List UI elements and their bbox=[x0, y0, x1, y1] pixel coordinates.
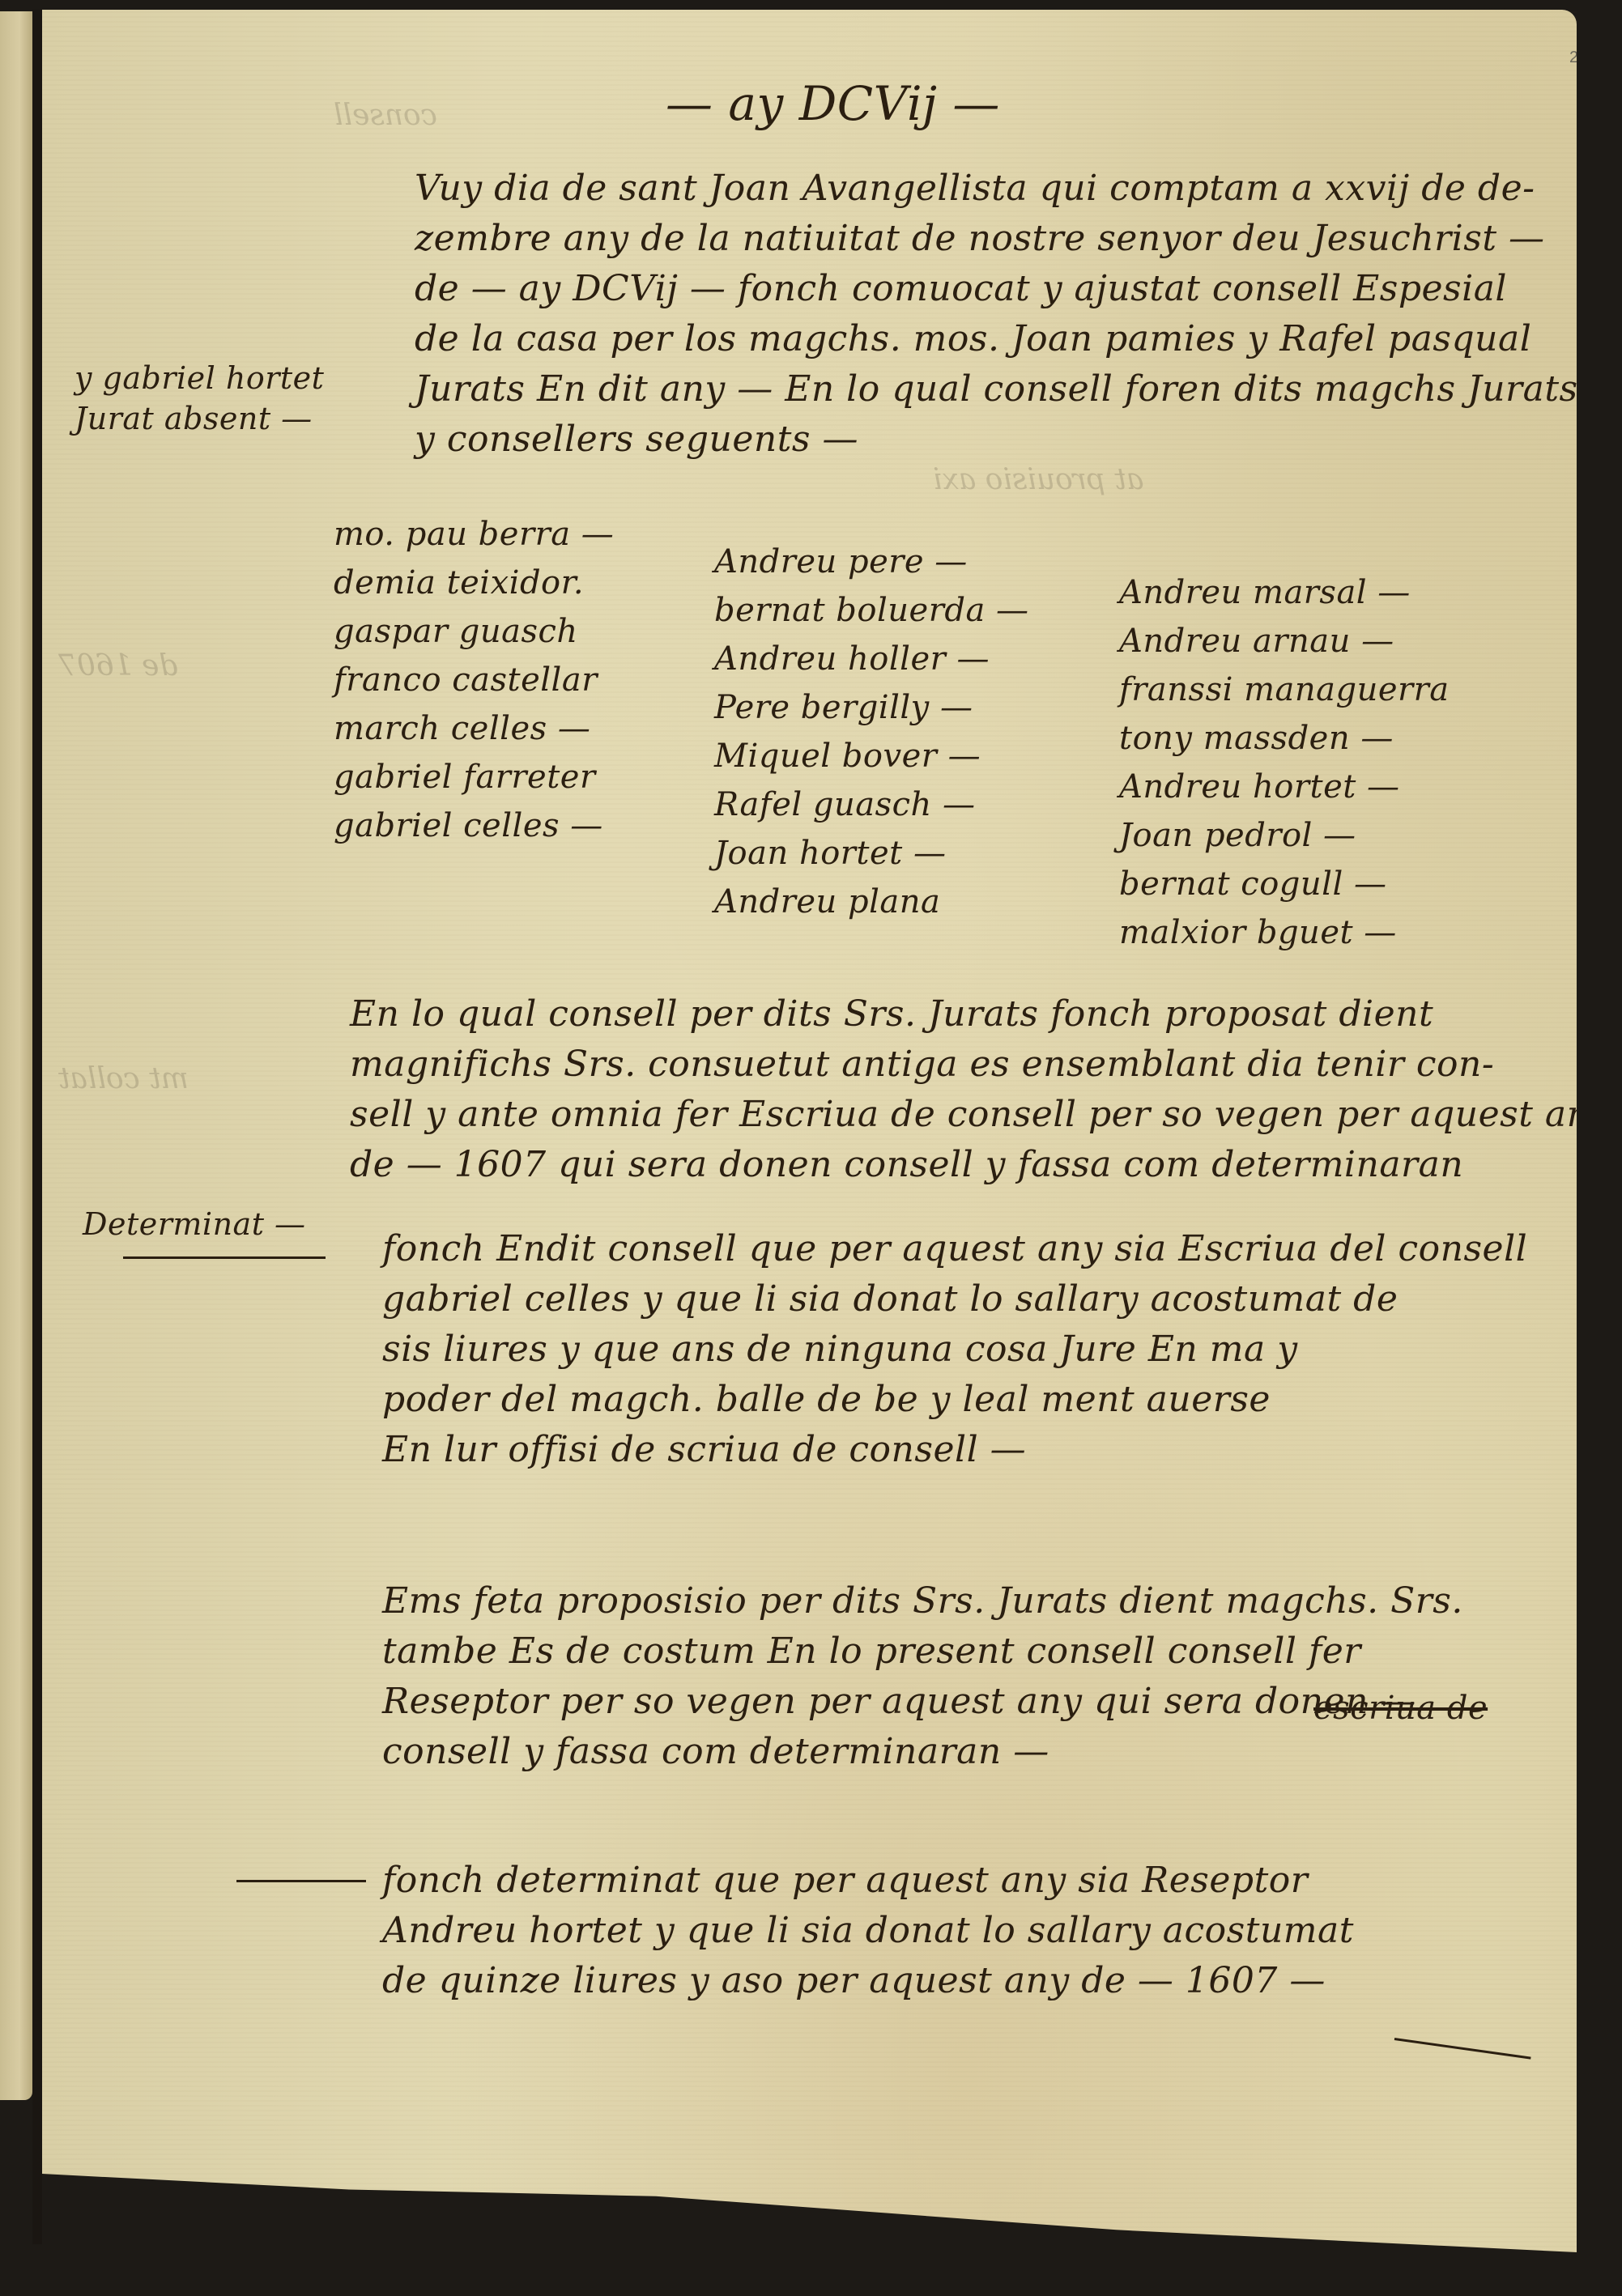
left-page-edge bbox=[0, 11, 32, 2100]
text-line: y gabriel hortet bbox=[75, 358, 324, 398]
bleed-through-text: de 1607 bbox=[58, 649, 177, 682]
year-heading: — ay DCVij — bbox=[666, 76, 1000, 131]
struck-word: escriua de bbox=[1313, 1690, 1488, 1727]
attendee-name: gabriel celles — bbox=[334, 801, 614, 850]
attendee-name: Miquel bover — bbox=[714, 732, 1029, 780]
text-line: Ems feta proposisio per dits Srs. Jurats… bbox=[382, 1576, 1463, 1626]
determination-1: fonch Endit consell que per aquest any s… bbox=[382, 1224, 1527, 1475]
text-line: fonch Endit consell que per aquest any s… bbox=[382, 1224, 1527, 1274]
attendee-name: tony massden — bbox=[1119, 714, 1450, 763]
attendee-name: Andreu marsal — bbox=[1119, 568, 1450, 617]
book-gutter bbox=[32, 10, 42, 2244]
attendee-name: Joan hortet — bbox=[714, 829, 1029, 878]
attendee-name: gaspar guasch bbox=[334, 607, 614, 656]
text-line: magnifichs Srs. consuetut antiga es ense… bbox=[350, 1040, 1611, 1090]
attendee-name: bernat boluerda — bbox=[714, 586, 1029, 635]
attendee-name: malxior bguet — bbox=[1119, 908, 1450, 957]
margin-note-absent: y gabriel hortet Jurat absent — bbox=[75, 358, 324, 439]
margin-note-determinat: Determinat — bbox=[83, 1204, 306, 1244]
text-line: zembre any de la natiuitat de nostre sen… bbox=[415, 214, 1578, 264]
text-line: sis liures y que ans de ninguna cosa Jur… bbox=[382, 1324, 1527, 1375]
text-line: fonch determinat que per aquest any sia … bbox=[382, 1856, 1354, 1906]
attendee-name: franco castellar bbox=[334, 656, 614, 704]
attendee-name: bernat cogull — bbox=[1119, 860, 1450, 908]
proposal-1: En lo qual consell per dits Srs. Jurats … bbox=[350, 989, 1611, 1190]
text-line: Vuy dia de sant Joan Avangellista qui co… bbox=[415, 164, 1578, 214]
text-line: y consellers seguents — bbox=[415, 415, 1578, 465]
text-line: tambe Es de costum En lo present consell… bbox=[382, 1626, 1463, 1677]
text-line: Jurat absent — bbox=[75, 398, 324, 439]
attendee-name: Andreu arnau — bbox=[1119, 617, 1450, 665]
text-line: gabriel celles y que li sia donat lo sal… bbox=[382, 1274, 1527, 1324]
bleed-through-text: at prouisio axi bbox=[933, 463, 1143, 496]
attendee-name: Andreu holler — bbox=[714, 635, 1029, 683]
attendee-name: Rafel guasch — bbox=[714, 780, 1029, 829]
section-rule bbox=[236, 1880, 366, 1882]
opening-paragraph: Vuy dia de sant Joan Avangellista qui co… bbox=[415, 164, 1578, 465]
attendee-name: Pere bergilly — bbox=[714, 683, 1029, 732]
attendee-name: franssi managuerra bbox=[1119, 665, 1450, 714]
margin-rule bbox=[123, 1256, 326, 1259]
attendee-name: Andreu hortet — bbox=[1119, 763, 1450, 811]
text-line: En lur offisi de scriua de consell — bbox=[382, 1425, 1527, 1475]
attendee-name: gabriel farreter bbox=[334, 753, 614, 801]
text-line: Jurats En dit any — En lo qual consell f… bbox=[415, 364, 1578, 415]
attendee-column-3: Andreu marsal — Andreu arnau — franssi m… bbox=[1119, 568, 1450, 957]
closing-rule bbox=[1394, 2038, 1531, 2060]
bleed-through-text: mt collat bbox=[58, 1062, 189, 1095]
text-line: Andreu hortet y que li sia donat lo sall… bbox=[382, 1906, 1354, 1956]
attendee-column-2: Andreu pere — bernat boluerda — Andreu h… bbox=[714, 538, 1029, 926]
text-line: Reseptor per so vegen per aquest any qui… bbox=[382, 1677, 1463, 1727]
determination-2: fonch determinat que per aquest any sia … bbox=[382, 1856, 1354, 2006]
attendee-name: mo. pau berra — bbox=[334, 510, 614, 559]
proposal-2: Ems feta proposisio per dits Srs. Jurats… bbox=[382, 1576, 1463, 1777]
bleed-through-text: consell bbox=[334, 99, 437, 132]
attendee-name: demia teixidor. bbox=[334, 559, 614, 607]
text-line: de — ay DCVij — fonch comuocat y ajustat… bbox=[415, 264, 1578, 314]
text-line: En lo qual consell per dits Srs. Jurats … bbox=[350, 989, 1611, 1040]
attendee-column-1: mo. pau berra — demia teixidor. gaspar g… bbox=[334, 510, 614, 850]
attendee-name: Andreu pere — bbox=[714, 538, 1029, 586]
text-line: poder del magch. balle de be y leal ment… bbox=[382, 1375, 1527, 1425]
attendee-name: march celles — bbox=[334, 704, 614, 753]
folio-number: 291 bbox=[1569, 49, 1596, 67]
text-line: de la casa per los magchs. mos. Joan pam… bbox=[415, 314, 1578, 364]
text-line: consell y fassa com determinaran — bbox=[382, 1727, 1463, 1777]
text-line: de — 1607 qui sera donen consell y fassa… bbox=[350, 1140, 1611, 1190]
text-line: sell y ante omnia fer Escriua de consell… bbox=[350, 1090, 1611, 1140]
manuscript-page: consell at prouisio axi de 1607 mt colla… bbox=[42, 10, 1577, 2252]
attendee-name: Andreu plana bbox=[714, 878, 1029, 926]
attendee-name: Joan pedrol — bbox=[1119, 811, 1450, 860]
text-line: de quinze liures y aso per aquest any de… bbox=[382, 1956, 1354, 2006]
